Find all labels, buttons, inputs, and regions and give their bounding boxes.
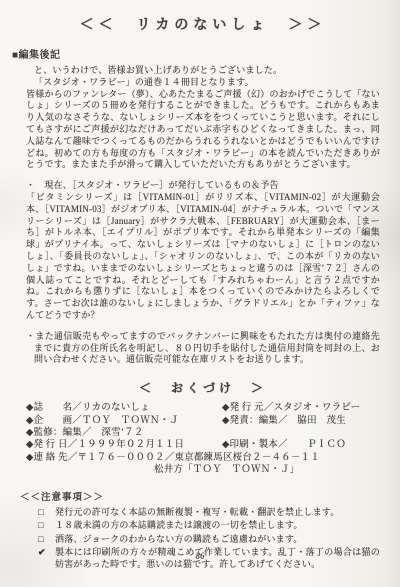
checkbox-icon: □	[38, 520, 48, 532]
page-title: ＜＜ リカのないしょ ＞＞	[26, 14, 380, 34]
notice-text: 発行元の許可なく本誌の無断複製・複写・転載・翻訳を禁止します。	[55, 507, 380, 519]
mailorder-section: ・また通信販売もやってますのでバックナンバーに興味をもたれた方は奥付の連絡先まで…	[26, 331, 380, 366]
colophon-row: ◆発 行 日／１９９９年０２月１１日 ◆印刷・製本／ ＰＩＣＯ	[26, 439, 380, 451]
mailorder-body: ・また通信販売もやってますのでバックナンバーに興味をもたれた方は奥付の連絡先まで…	[26, 331, 380, 366]
colophon-row: ◆連 絡 先／〒１７６－０００２／東京都練馬区桜台２－４６－１１	[26, 452, 380, 464]
colophon-entry-issue-date: ◆発 行 日／１９９９年０２月１１日	[26, 439, 222, 451]
notice-item: □ 洒落、ジョークのわからない方の購読もご遠慮ねがいます。	[38, 534, 380, 546]
checkbox-icon: □	[38, 507, 48, 519]
colophon-entry-title: ◆誌 名／リカのないしょ	[26, 402, 222, 414]
afterword-body: 皆様からのファンレター（夢）、心あたたまるご声援（幻）のおかげでこうして「ないし…	[26, 89, 380, 172]
colophon-table: ◆誌 名／リカのないしょ ◆発 行 元／スタジオ・ワラビー ◆企 画／ＴＯＹ Ｔ…	[26, 402, 380, 476]
colophon-entry-blank	[222, 427, 380, 439]
afterword-section: ■編集後記 と、いうわけで、皆様お買い上げありがとうございました。 「スタジオ・…	[26, 46, 380, 171]
catalog-section: ・ 現在、［スタジオ・ワラビー］が発行しているもの＆予告 「ビタミンシリーズ」は…	[26, 180, 380, 322]
colophon-entry-supervisor: ◆監修：編集／ 深雪’７２	[26, 427, 222, 439]
page-number: 86	[0, 551, 400, 561]
colophon-row: ◆誌 名／リカのないしょ ◆発 行 元／スタジオ・ワラビー	[26, 402, 380, 414]
scanned-doujinshi-page: ＜＜ リカのないしょ ＞＞ ■編集後記 と、いうわけで、皆様お買い上げありがとう…	[0, 0, 400, 587]
notices-heading: ＜＜注意事項＞＞	[20, 489, 380, 503]
notice-text: 洒落、ジョークのわからない方の購読もご遠慮ねがいます。	[55, 534, 380, 546]
afterword-heading: ■編集後記	[12, 46, 380, 61]
colophon-section: ＜ おくづけ ＞ ◆誌 名／リカのないしょ ◆発 行 元／スタジオ・ワラビー ◆…	[26, 379, 380, 476]
notice-text: １８歳未満の方の本誌購読または譲渡の一切を禁止します。	[55, 520, 380, 532]
afterword-line: と、いうわけで、皆様お買い上げありがとうございました。	[26, 65, 380, 77]
colophon-entry-chief-editor: ◆発責：編集／ 脇田 茂生	[222, 415, 380, 427]
colophon-entry-publisher: ◆発 行 元／スタジオ・ワラビー	[222, 402, 380, 414]
colophon-entry-contact-address: ◆連 絡 先／〒１７６－０００２／東京都練馬区桜台２－４６－１１	[26, 452, 320, 464]
colophon-entry-planning: ◆企 画／ＴＯＹ ＴＯＷＮ・Ｊ	[26, 415, 222, 427]
checkbox-icon: □	[38, 534, 48, 546]
colophon-entry-printer: ◆印刷・製本／ ＰＩＣＯ	[222, 439, 380, 451]
notice-item: □ 発行元の許可なく本誌の無断複製・複写・転載・翻訳を禁止します。	[38, 507, 380, 519]
catalog-heading: ・ 現在、［スタジオ・ワラビー］が発行しているもの＆予告	[26, 180, 380, 192]
colophon-heading: ＜ おくづけ ＞	[26, 379, 380, 396]
colophon-row: ◆企 画／ＴＯＹ ＴＯＷＮ・Ｊ ◆発責：編集／ 脇田 茂生	[26, 415, 380, 427]
catalog-body: 「ビタミンシリーズ」は［VITAMIN-01］がリリズ本、［VITAMIN-02…	[26, 192, 380, 322]
colophon-entry-care-of: 松井方「ＴＯＹ ＴＯＷＮ・Ｊ」	[26, 464, 300, 476]
colophon-row: ◆監修：編集／ 深雪’７２	[26, 427, 380, 439]
colophon-row: 松井方「ＴＯＹ ＴＯＷＮ・Ｊ」	[26, 464, 380, 476]
notice-item: □ １８歳未満の方の本誌購読または譲渡の一切を禁止します。	[38, 520, 380, 532]
afterword-line: 「スタジオ・ワラビー」の通巻１４冊目となります。	[26, 77, 380, 89]
